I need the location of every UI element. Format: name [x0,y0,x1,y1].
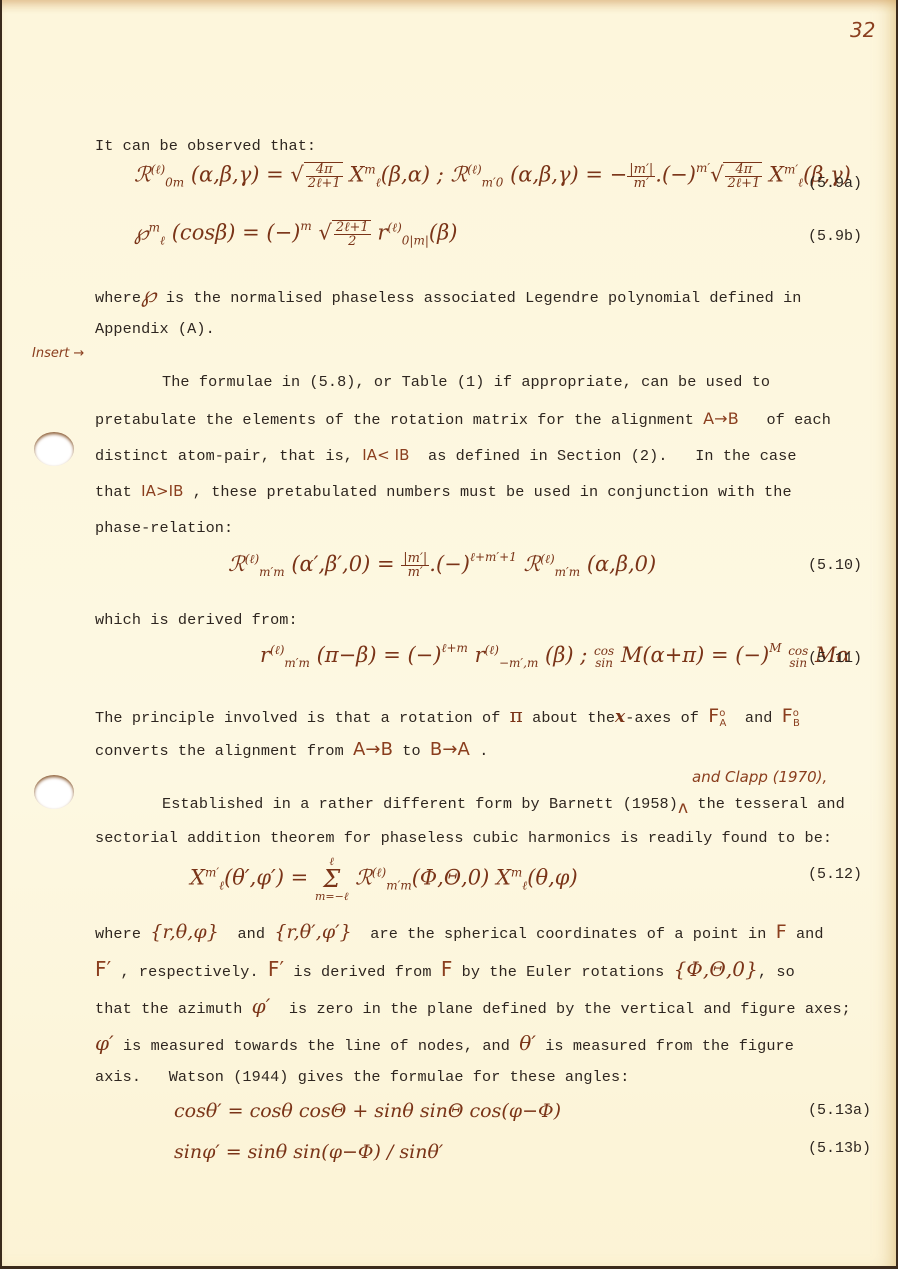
denominator: 2ℓ+1 [725,177,762,190]
text: is derived from [293,963,431,981]
formulae-line-1: The formulae in (5.8), or Table (1) if a… [162,373,770,391]
formulae-line-3: distinct atom-pair, that is, IA< IB as d… [95,446,797,465]
text: , respectively. [120,963,258,981]
text: The principle involved is that a rotatio… [95,709,500,727]
text: of each [766,411,831,429]
equation-number-5-12: (5.12) [808,866,862,883]
arguments: (β) ; [545,643,587,667]
equation-5-11: r(ℓ)m′m (π−β) = (−)ℓ+m r(ℓ)−m′,m (β) ; c… [260,643,851,670]
respectively-line: F′ , respectively. F′ is derived from F … [95,957,795,981]
superscript: m [300,219,311,233]
subscript: 0m [165,176,184,190]
arguments: (cosβ) = (−) [172,221,301,245]
equation-number-5-9a: (5.9a) [808,175,862,192]
numerator: 4π [725,163,762,177]
numerator: 4π [306,163,343,177]
cos-label: cos [788,645,808,657]
text: , these pretabulated numbers must be use… [193,483,792,501]
arguments: (θ,φ) [527,866,577,890]
superscript: (ℓ) [467,163,481,177]
subscript: m′m [259,565,284,579]
arguments: (β) [429,221,458,245]
superscript: M [769,641,781,655]
equation-number-5-13a: (5.13a) [808,1102,871,1119]
arguments: (β,α) ; [381,163,444,187]
text: is the normalised phaseless associated L… [166,289,802,307]
punch-hole-lower [34,775,74,809]
subscript: m′m [386,879,411,893]
arguments: (α,β,γ) = − [510,163,627,187]
denominator: 2 [334,235,371,248]
sin-label: sin [788,657,808,669]
text: Established in a rather different form b… [162,795,678,813]
denominator: 2ℓ+1 [306,177,343,190]
harmonic-symbol: X [349,163,364,187]
superscript: (ℓ) [387,221,401,235]
sectorial-line: sectorial addition theorem for phaseless… [95,829,832,847]
text: is measured from the figure [545,1037,794,1055]
phi-prime-symbol: φ′ [252,994,271,1018]
arguments: M(α+π) = (−) [621,643,769,667]
reduced-matrix-symbol: r [377,221,387,245]
rotation-matrix-symbol: ℛ [228,552,245,576]
arguments: (α′,β′,0) = [291,552,394,576]
text: is measured towards the line of nodes, a… [123,1037,510,1055]
equation-5-13a: cosθ′ = cosθ cosΘ + sinθ sinΘ cos(φ−Φ) [174,1100,561,1122]
text: where [95,289,141,307]
text: as defined in Section (2). In the case [428,447,797,465]
superscript: (ℓ) [151,163,165,177]
text: is zero in the plane defined by the vert… [289,1000,851,1018]
equation-number-5-10: (5.10) [808,557,862,574]
text: where [95,925,141,943]
superscript: m [364,163,375,177]
subscript: B [793,718,800,729]
text: and [796,925,824,943]
atom-index-symbol: IA>IB [141,482,183,500]
punch-hole-upper [34,432,74,466]
arguments: (π−β) = (−) [317,643,442,667]
superscript: (ℓ) [485,643,499,657]
equation-number-5-11: (5.11) [808,650,862,667]
axis-line: axis. Watson (1944) gives the formulae f… [95,1068,629,1086]
rotation-matrix-symbol: ℛ [524,552,541,576]
equation-number-5-13b: (5.13b) [808,1140,871,1157]
superscript: (ℓ) [372,866,386,880]
equation-5-13b: sinφ′ = sinθ sin(φ−Φ) / sinθ′ [174,1141,443,1163]
text: the tesseral and [697,795,844,813]
phi-prime-symbol: φ′ [95,1031,114,1055]
superscript: (ℓ) [540,552,554,566]
text: , so [758,963,795,981]
frame-symbol: F [441,957,453,981]
alignment-symbol: B→A [430,739,470,760]
derived-line: which is derived from: [95,611,298,629]
subscript: −m′,m [499,656,538,670]
page-number: 32 [850,18,875,42]
text: by the Euler rotations [462,963,665,981]
frame-symbol: F [776,921,787,943]
equation-5-12: Xm′ℓ(θ′,φ′) = ℓΣm=−ℓ ℛ(ℓ)m′m(Φ,Θ,0) Xmℓ(… [190,856,578,902]
margin-note-insert: Insert → [32,346,84,361]
sign-factor: .(−) [655,163,696,187]
where-p-line: where℘ is the normalised phaseless assoc… [95,283,802,308]
numerator: 2ℓ+1 [334,221,371,235]
equation-number-5-9b: (5.9b) [808,228,862,245]
cos-label: cos [594,645,614,657]
superscript: m [511,866,522,880]
euler-rotation-set: {Φ,Θ,0} [674,957,758,981]
frame-symbol: F [782,705,793,727]
formulae-line-2: pretabulate the elements of the rotation… [95,409,831,429]
sin-label: sin [594,657,614,669]
equation-5-9b: ℘mℓ (cosβ) = (−)m √2ℓ+12 r(ℓ)0|m|(β) [134,220,457,249]
subscript: m′m [284,656,309,670]
text: are the spherical coordinates of a point… [370,925,766,943]
text: about the [532,709,615,727]
x-axis-symbol: x [615,707,625,727]
theta-prime-symbol: θ′ [519,1031,536,1055]
superscript: (ℓ) [270,643,284,657]
handwritten-insertion: and Clapp (1970), [692,768,827,786]
established-line: Established in a rather different form b… [162,793,845,813]
legendre-symbol: ℘ [141,283,156,308]
subscript: m′0 [482,176,504,190]
pi-symbol: π [510,703,523,727]
text: -axes of [625,709,699,727]
superscript: ℓ+m′+1 [470,550,517,564]
arguments: (θ′,φ′) = [224,866,308,890]
text: and [237,925,265,943]
measured-line: φ′ is measured towards the line of nodes… [95,1031,794,1055]
reduced-matrix-symbol: r [475,643,485,667]
equation-5-10: ℛ(ℓ)m′m (α′,β′,0) = |m′|m′.(−)ℓ+m′+1 ℛ(ℓ… [228,552,656,579]
superscript: m′ [205,866,219,880]
subscript: ℓ [160,234,165,248]
subscript: 0|m| [402,234,429,248]
denominator: m′ [401,566,429,579]
reduced-matrix-symbol: r [260,643,270,667]
numerator: |m′| [401,552,429,566]
appendix-line: Appendix (A). [95,320,215,338]
text: that the azimuth [95,1000,242,1018]
rotation-matrix-symbol: ℛ [451,163,468,187]
rotation-matrix-symbol: ℛ [355,866,372,890]
superscript: ℓ+m [441,641,467,655]
equation-5-9a: ℛ(ℓ)0m (α,β,γ) = √4π2ℓ+1 Xmℓ(β,α) ; ℛ(ℓ)… [134,162,851,191]
text: converts the alignment from [95,742,344,760]
superscript: (ℓ) [245,552,259,566]
text: to [402,742,420,760]
arguments: (α,β,γ) = [191,163,284,187]
summation-symbol: Σ [315,867,348,891]
frame-symbol: F′ [268,957,284,981]
coordinate-set: {r,θ,φ} [150,921,219,943]
arguments: (α,β,0) [587,552,656,576]
rotation-matrix-symbol: ℛ [134,163,151,187]
sum-lower-limit: m=−ℓ [315,891,348,902]
text: distinct atom-pair, that is, [95,447,353,465]
harmonic-symbol: X [190,866,205,890]
subscript: A [719,718,726,729]
numerator: |m′| [627,163,655,177]
intro-line: It can be observed that: [95,137,316,155]
frame-symbol: F′ [95,957,111,981]
atom-index-symbol: IA< IB [362,446,409,464]
frame-symbol: F [708,705,719,727]
coordinate-set: {r,θ′,φ′} [274,921,352,943]
insertion-caret: ʌ [678,798,688,818]
harmonic-symbol: X [769,163,784,187]
document-page: 32 It can be observed that: ℛ(ℓ)0m (α,β,… [2,0,896,1266]
arguments: (Φ,Θ,0) [412,866,490,890]
text: pretabulate the elements of the rotation… [95,411,694,429]
text: . [479,742,488,760]
formulae-line-4: that IA>IB , these pretabulated numbers … [95,482,792,501]
subscript: m′m [555,565,580,579]
converts-line: converts the alignment from A→B to B→A . [95,739,488,760]
azimuth-line: that the azimuth φ′ is zero in the plane… [95,994,851,1018]
text: and [745,709,773,727]
alignment-symbol: A→B [353,739,393,760]
superscript: m [149,221,160,235]
principle-line: The principle involved is that a rotatio… [95,703,800,729]
formulae-line-5: phase-relation: [95,519,233,537]
text: that [95,483,132,501]
sign-factor: .(−) [429,552,470,576]
superscript: m′ [696,161,710,175]
superscript: m′ [784,163,798,177]
where-coords-line: where {r,θ,φ} and {r,θ′,φ′} are the sphe… [95,921,824,943]
denominator: m′ [627,177,655,190]
harmonic-symbol: X [496,866,511,890]
alignment-symbol: A→B [703,409,739,428]
legendre-symbol: ℘ [134,221,149,245]
